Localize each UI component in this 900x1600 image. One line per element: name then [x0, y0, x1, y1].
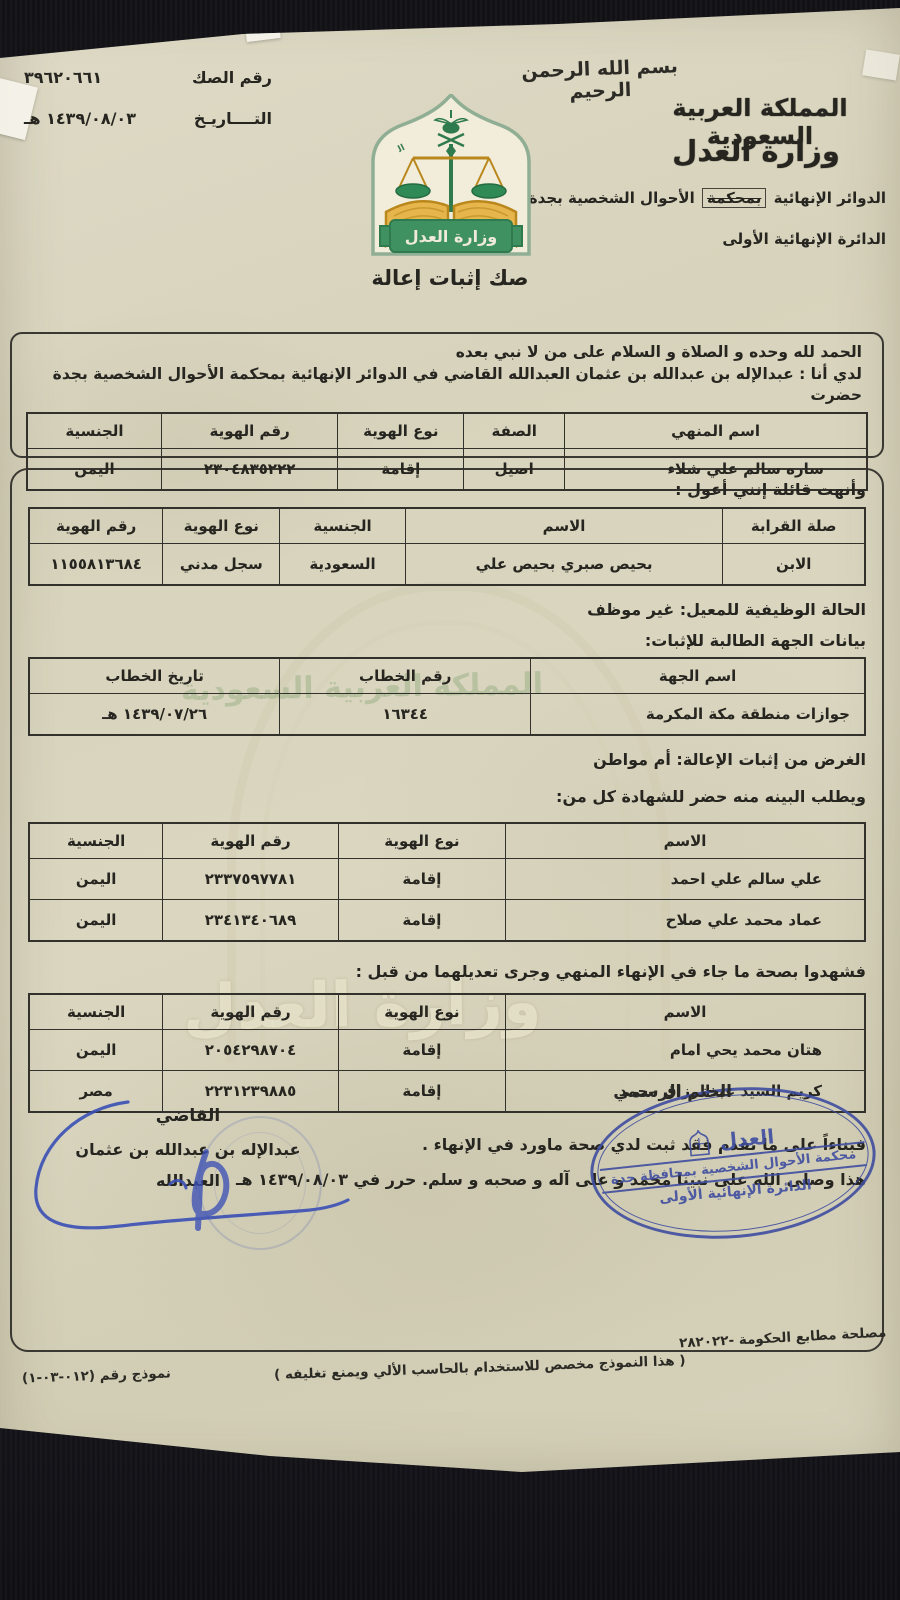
- stamp-emblem-icon: [687, 1128, 711, 1156]
- deed-date-label: التــــاريـخ: [194, 109, 272, 128]
- cell-id-type: إقامة: [338, 859, 505, 900]
- handwritten-signature: [10, 1088, 366, 1268]
- authority-heading: بيانات الجهة الطالبة للإثبات:: [28, 631, 866, 650]
- court-department-line: الدوائر الإنهائية بمحكمة الأحوال الشخصية…: [529, 188, 886, 208]
- judge-line: لدي أنا : عبدالإله بن عبدالله بن عثمان ا…: [32, 364, 862, 407]
- col-id-number: رقم الهوية: [163, 823, 339, 859]
- judge-line-role: القاضي في: [413, 365, 503, 383]
- col-id-type: نوع الهوية: [163, 508, 280, 544]
- table-row: جوازات منطقة مكة المكرمة ١٦٣٤٤ ١٤٣٩/٠٧/٢…: [29, 694, 865, 736]
- cell-nationality: السعودية: [280, 544, 405, 586]
- tape-piece: [862, 50, 900, 81]
- table-row: عماد محمد علي صلاح إقامة ٢٣٤١٣٤٠٦٨٩ اليم…: [29, 900, 865, 942]
- cell-name: بحيص صبري بحيص علي: [405, 544, 723, 586]
- col-id-type: نوع الهوية: [338, 823, 505, 859]
- main-body-box: المملكة العربية السعودية وزارة العدل وأن…: [10, 468, 884, 1352]
- col-applicant-name: اسم المنهي: [565, 413, 867, 449]
- dependents-lead: وأنهت قائلة إنني أعول :: [28, 480, 866, 499]
- col-relation: صلة القرابة: [723, 508, 865, 544]
- employment-value: غير موظف: [587, 600, 674, 619]
- purpose-value: أم مواطن: [593, 750, 671, 769]
- col-nationality: الجنسية: [280, 508, 405, 544]
- table-header-row: اسم المنهي الصفة نوع الهوية رقم الهوية ا…: [27, 413, 867, 449]
- col-id-type: نوع الهوية: [338, 413, 464, 449]
- cell-witness-name: علي سالم علي احمد: [506, 859, 865, 900]
- col-id-type: نوع الهوية: [338, 994, 505, 1030]
- cell-id-number: ٢٣٤١٣٤٠٦٨٩: [163, 900, 339, 942]
- circuit-line: الدائرة الإنهائية الأولى: [722, 230, 886, 248]
- table-row: علي سالم علي احمد إقامة ٢٣٣٧٥٩٧٧٨١ اليمن: [29, 859, 865, 900]
- cell-id-type: إقامة: [338, 900, 505, 942]
- col-capacity: الصفة: [464, 413, 565, 449]
- dept-boxed-word: بمحكمة: [702, 188, 766, 208]
- emblem-banner: وزارة العدل: [380, 220, 522, 252]
- cell-authority-name: جوازات منطقة مكة المكرمة: [531, 694, 865, 736]
- preamble-box: الحمد لله وحده و الصلاة و السلام على من …: [10, 332, 884, 458]
- authority-table: اسم الجهة رقم الخطاب تاريخ الخطاب جوازات…: [28, 657, 866, 736]
- dependent-table: صلة القرابة الاسم الجنسية نوع الهوية رقم…: [28, 507, 866, 586]
- col-id-number: رقم الهوية: [29, 508, 163, 544]
- photo-of-document: { "header": { "doc_no_label": "رقم الصك"…: [0, 0, 900, 1600]
- cell-id-number: ١١٥٥٨١٣٦٨٤: [29, 544, 163, 586]
- cell-nationality: اليمن: [29, 900, 163, 942]
- col-name: الاسم: [405, 508, 723, 544]
- deed-number-label: رقم الصك: [192, 68, 272, 87]
- cell-relation: الابن: [723, 544, 865, 586]
- col-letter-number: رقم الخطاب: [280, 658, 531, 694]
- emblem-banner-text: وزارة العدل: [405, 227, 498, 246]
- cell-id-number: ٢٠٥٤٢٩٨٧٠٤: [163, 1030, 339, 1071]
- tape-piece: [245, 24, 280, 42]
- cell-nationality: اليمن: [29, 859, 163, 900]
- cell-id-type: إقامة: [338, 1030, 505, 1071]
- judge-signature-block: القاضي عبدالإله بن عبدالله بن عثمان العب…: [28, 1106, 348, 1190]
- judge-line-name: لدي أنا : عبدالإله بن عبدالله بن عثمان ا…: [508, 365, 862, 383]
- purpose-label: الغرض من إثبات الإعالة:: [676, 750, 866, 769]
- cell-amender-name: هتان محمد يحي امام: [506, 1030, 865, 1071]
- col-letter-date: تاريخ الخطاب: [29, 658, 280, 694]
- deed-number-row: رقم الصك ٣٩٦٢٠٦٦١: [24, 68, 272, 87]
- stamp-justice-word: العدل: [719, 1124, 775, 1153]
- cell-letter-date: ١٤٣٩/٠٧/٢٦ هـ: [29, 694, 280, 736]
- amend-heading: فشهدوا بصحة ما جاء في الإنهاء المنهي وجر…: [28, 962, 866, 981]
- dept-prefix: الدوائر الإنهائية: [774, 189, 886, 207]
- col-id-number: رقم الهوية: [163, 994, 339, 1030]
- col-name: الاسم: [506, 994, 865, 1030]
- cell-id-type: سجل مدني: [163, 544, 280, 586]
- col-nationality: الجنسية: [29, 823, 163, 859]
- table-header-row: اسم الجهة رقم الخطاب تاريخ الخطاب: [29, 658, 865, 694]
- ministry-title: وزارة العدل: [646, 134, 866, 168]
- cell-nationality: اليمن: [29, 1030, 163, 1071]
- col-authority-name: اسم الجهة: [531, 658, 865, 694]
- purpose-line: الغرض من إثبات الإعالة: أم مواطن: [28, 750, 866, 769]
- col-nationality: الجنسية: [29, 994, 163, 1030]
- dept-suffix: الأحوال الشخصية بجدة: [529, 189, 695, 207]
- footer-form-number: نموذج رقم (٠١٢-٠٣-١): [22, 1365, 171, 1386]
- table-header-row: الاسم نوع الهوية رقم الهوية الجنسية: [29, 823, 865, 859]
- witness-heading: ويطلب البينه منه حضر للشهادة كل من:: [28, 787, 866, 806]
- deed-date-value: ١٤٣٩/٠٨/٠٣ هـ: [24, 109, 136, 128]
- deed-number-value: ٣٩٦٢٠٦٦١: [24, 68, 102, 87]
- document-paper: رقم الصك ٣٩٦٢٠٦٦١ التــــاريـخ ١٤٣٩/٠٨/٠…: [0, 0, 900, 1475]
- cell-letter-number: ١٦٣٤٤: [280, 694, 531, 736]
- col-name: الاسم: [506, 823, 865, 859]
- col-id-number: رقم الهوية: [161, 413, 337, 449]
- table-row: هتان محمد يحي امام إقامة ٢٠٥٤٢٩٨٧٠٤ اليم…: [29, 1030, 865, 1071]
- witnesses-table: الاسم نوع الهوية رقم الهوية الجنسية علي …: [28, 822, 866, 942]
- deed-meta-block: رقم الصك ٣٩٦٢٠٦٦١ التــــاريـخ ١٤٣٩/٠٨/٠…: [24, 68, 272, 150]
- cell-witness-name: عماد محمد علي صلاح: [506, 900, 865, 942]
- deed-date-row: التــــاريـخ ١٤٣٩/٠٨/٠٣ هـ: [24, 109, 272, 128]
- table-header-row: الاسم نوع الهوية رقم الهوية الجنسية: [29, 994, 865, 1030]
- ministry-of-justice-emblem-icon: المملكة العربية السعودية: [360, 94, 542, 262]
- employment-line: الحالة الوظيفية للمعيل: غير موظف: [28, 600, 866, 619]
- table-row: الابن بحيص صبري بحيص علي السعودية سجل مد…: [29, 544, 865, 586]
- official-seal-label: الختم الرسمي: [613, 1082, 732, 1102]
- table-header-row: صلة القرابة الاسم الجنسية نوع الهوية رقم…: [29, 508, 865, 544]
- employment-label: الحالة الوظيفية للمعيل:: [680, 600, 866, 619]
- footer-usage-note: ( هذا النموذج مخصص للاستخدام بالحاسب الأ…: [274, 1353, 686, 1383]
- cell-id-number: ٢٣٣٧٥٩٧٧٨١: [163, 859, 339, 900]
- document-title: صك إثبات إعالة: [0, 266, 900, 290]
- hamd-line: الحمد لله وحده و الصلاة و السلام على من …: [32, 342, 862, 364]
- col-nationality: الجنسية: [27, 413, 161, 449]
